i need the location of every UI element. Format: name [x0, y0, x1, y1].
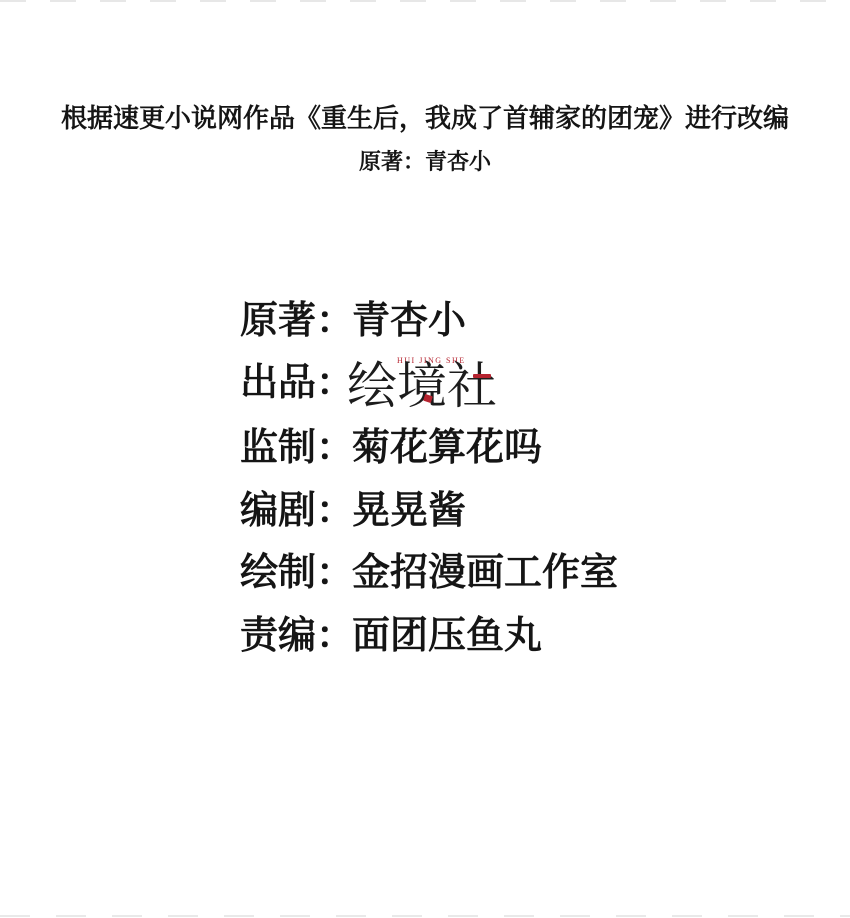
- credit-value: 青杏小: [352, 302, 466, 340]
- credit-label: 原著：: [240, 302, 352, 340]
- credit-value: 晃晃酱: [352, 492, 466, 530]
- credit-label-producer: 出品：: [240, 364, 354, 402]
- credit-row-screenwriter: 编剧： 晃晃酱: [240, 492, 466, 530]
- credit-value: 金招漫画工作室: [352, 554, 618, 592]
- original-author-subtitle: 原著：青杏小: [0, 150, 850, 174]
- credit-row-supervisor: 监制： 菊花算花吗: [240, 429, 542, 467]
- logo-red-stroke-icon: [473, 374, 491, 378]
- credit-label: 监制：: [240, 429, 352, 467]
- panel-border-bottom: [0, 915, 850, 917]
- credit-label: 编剧：: [240, 492, 352, 530]
- credit-row-original-author: 原著： 青杏小: [240, 302, 466, 340]
- credit-row-editor: 责编： 面团压鱼丸: [240, 617, 542, 655]
- comic-credits-page: 根据速更小说网作品《重生后，我成了首辅家的团宠》进行改编 原著：青杏小 原著： …: [0, 0, 850, 918]
- credit-value: 面团压鱼丸: [352, 617, 542, 655]
- studio-logo: HUI JING SHE 绘境社: [347, 354, 517, 418]
- credit-label: 绘制：: [240, 554, 352, 592]
- credit-label: 责编：: [240, 617, 352, 655]
- adaptation-notice: 根据速更小说网作品《重生后，我成了首辅家的团宠》进行改编: [0, 104, 850, 134]
- credit-row-artist: 绘制： 金招漫画工作室: [240, 554, 618, 592]
- studio-logo-name: 绘境社: [347, 361, 497, 411]
- credit-value: 菊花算花吗: [352, 429, 542, 467]
- panel-border-top: [0, 0, 850, 2]
